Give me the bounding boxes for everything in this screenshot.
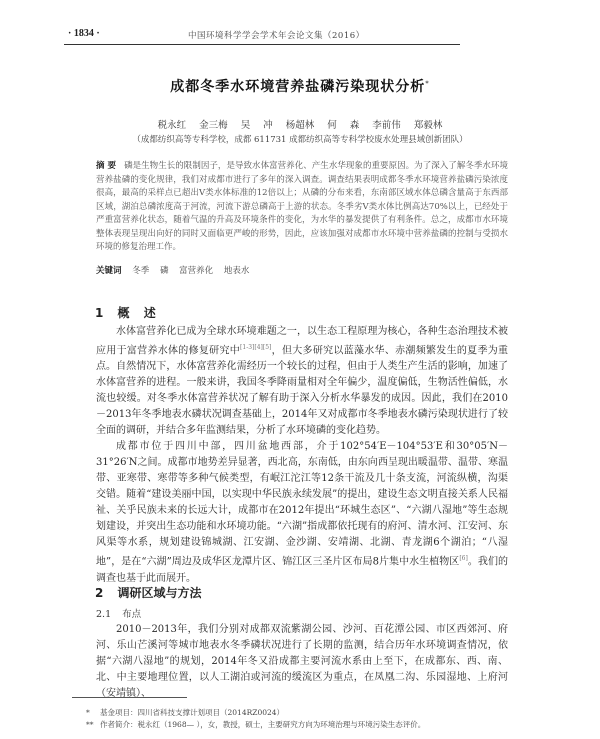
keyword: 富营养化 (179, 266, 213, 276)
footnote: **作者简介：税永红（1968— ），女，教授，硕士，主要研究方向为环境治理与环… (86, 719, 425, 731)
footnote: *基金项目：四川省科技支撑计划项目（2014RZ0024） (86, 707, 425, 719)
journal-name: 中国环境科学学会学术年会论文集（2016） (188, 29, 365, 41)
footnotes: *基金项目：四川省科技支撑计划项目（2014RZ0024） **作者简介：税永红… (86, 707, 425, 731)
paragraph: 水体富营养化已成为全球水环境难题之一，以生态工程原理为核心，各种生态治理技术被应… (96, 324, 508, 439)
abstract-label: 摘 要 (96, 161, 116, 171)
paragraph: 成都市位于四川中部，四川盆地西部，介于102°54′E－104°53′E和30°… (96, 439, 508, 586)
keywords-label: 关键词 (96, 266, 122, 276)
keyword: 地表水 (224, 266, 250, 276)
keyword: 磷 (160, 266, 169, 276)
running-head: · 1834 · 中国环境科学学会学术年会论文集（2016） (64, 24, 460, 46)
section-heading-2: 2 调研区域与方法 (95, 584, 202, 601)
abstract-text: 磷是生物生长的限制因子，是导致水体富营养化、产生水华现象的重要原因。为了深入了解… (96, 161, 508, 252)
paragraph: 2010－2013年，我们分别对成都双流紫湖公园、沙河、百花潭公园、市区西郊河、… (96, 622, 508, 702)
title-footnote-mark: * (425, 79, 430, 87)
section-heading-1: 1 概 述 (95, 304, 156, 321)
author-list: 税永红 金三梅 吴 冲 杨超林 何 森 李前伟 郑毅林 (0, 117, 600, 131)
citation: [6] (459, 555, 468, 562)
affiliation: （成都纺织高等专科学校，成都 611731 成都纺织高等专科学校废水处理县域创新… (0, 133, 600, 145)
subsection-heading-2-1: 2.1 布点 (96, 606, 141, 620)
keywords: 关键词 冬季 磷 富营养化 地表水 (96, 264, 508, 276)
paper-page: · 1834 · 中国环境科学学会学术年会论文集（2016） 成都冬季水环境营养… (0, 0, 600, 739)
title-text: 成都冬季水环境营养盐磷污染现状分析 (170, 79, 425, 95)
abstract: 摘 要磷是生物生长的限制因子，是导致水体富营养化、产生水华现象的重要原因。为了深… (96, 160, 508, 255)
section-2-1-body: 2010－2013年，我们分别对成都双流紫湖公园、沙河、百花潭公园、市区西郊河、… (96, 622, 508, 702)
authors-text: 税永红 金三梅 吴 冲 杨超林 何 森 李前伟 郑毅林 (158, 120, 443, 131)
keyword: 冬季 (132, 266, 149, 276)
header-rule (64, 44, 460, 45)
citation: [1-3][4][5] (240, 344, 271, 351)
section-1-body: 水体富营养化已成为全球水环境难题之一，以生态工程原理为核心，各种生态治理技术被应… (96, 324, 508, 587)
footnote-rule (72, 697, 187, 698)
paper-title: 成都冬季水环境营养盐磷污染现状分析* (0, 76, 600, 96)
page-number: · 1834 · (68, 28, 100, 39)
